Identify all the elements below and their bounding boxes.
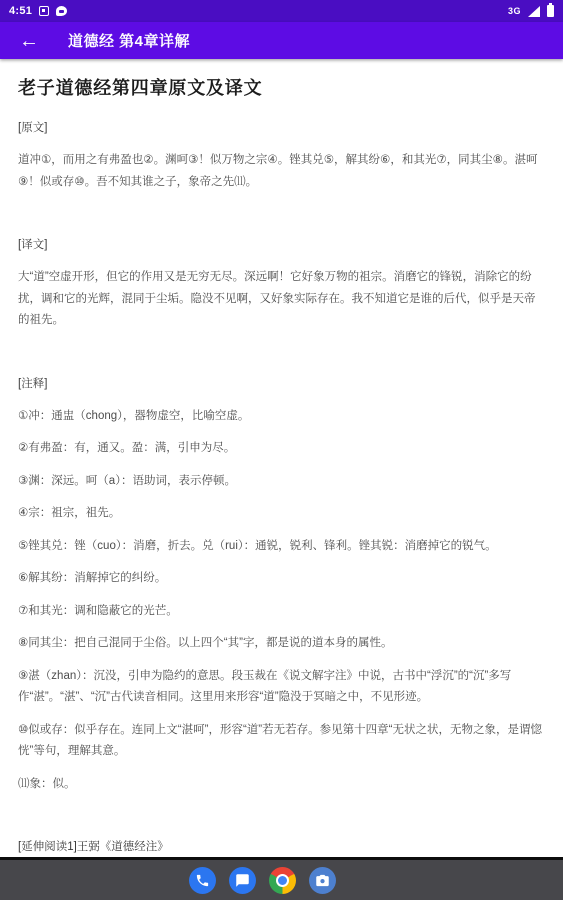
camera-icon[interactable] xyxy=(309,867,336,894)
app-bar-title: 道德经 第4章详解 xyxy=(68,30,190,51)
section-label-annotations: [注释] xyxy=(18,377,545,392)
status-bar-right: 3G xyxy=(508,5,554,17)
status-bar: 4:51 3G xyxy=(0,0,563,22)
chat-notification-icon xyxy=(56,6,67,16)
annotation-item-2: ②有弗盈：有，通又。盈：满，引申为尽。 xyxy=(18,438,545,460)
chrome-icon[interactable] xyxy=(269,867,296,894)
annotation-item-11: ⑾象：似。 xyxy=(18,774,545,796)
phone-icon[interactable] xyxy=(189,867,216,894)
battery-icon xyxy=(547,5,554,17)
messages-icon[interactable] xyxy=(229,867,256,894)
translation-paragraph: 大“道”空虚开形，但它的作用又是无穷无尽。深远啊！它好象万物的祖宗。消磨它的锋锐… xyxy=(18,267,545,332)
annotation-item-3: ③渊：深远。呵（a）：语助词，表示停顿。 xyxy=(18,471,545,493)
page-title: 老子道德经第四章原文及译文 xyxy=(18,76,545,100)
annotation-item-1: ①冲：通盅（chong），器物虚空，比喻空虚。 xyxy=(18,406,545,428)
dock xyxy=(0,857,563,900)
phone-glyph xyxy=(195,873,210,888)
camera-glyph xyxy=(315,873,330,888)
annotation-item-4: ④宗：祖宗，祖先。 xyxy=(18,503,545,525)
section-label-extended-reading: [延伸阅读1]王弼《道德经注》 xyxy=(18,840,545,855)
annotation-item-6: ⑥解其纷：消解掉它的纠纷。 xyxy=(18,568,545,590)
annotation-item-5: ⑤锉其兑：锉（cuo）：消磨，折去。兑（rui）：通锐，锐利、锋利。锉其锐：消磨… xyxy=(18,536,545,558)
section-label-original: [原文] xyxy=(18,121,545,136)
document-scroll-area[interactable]: 老子道德经第四章原文及译文 [原文] 道冲①，而用之有弗盈也②。渊呵③！似万物之… xyxy=(0,59,563,857)
messages-glyph xyxy=(235,873,250,888)
annotation-item-9: ⑨湛（zhan）：沉没，引申为隐约的意思。段玉裁在《说文解字注》中说，古书中“浮… xyxy=(18,666,545,709)
annotation-item-8: ⑧同其尘：把自己混同于尘俗。以上四个“其”字，都是说的道本身的属性。 xyxy=(18,633,545,655)
annotation-item-10: ⑩似或存：似乎存在。连同上文“湛呵”，形容“道”若无若存。参见第十四章“无状之状… xyxy=(18,720,545,763)
original-text-paragraph: 道冲①，而用之有弗盈也②。渊呵③！似万物之宗④。锉其兑⑤，解其纷⑥，和其光⑦，同… xyxy=(18,150,545,193)
status-bar-left: 4:51 xyxy=(9,5,67,17)
network-type-label: 3G xyxy=(508,6,521,16)
app-bar: ← 道德经 第4章详解 xyxy=(0,22,563,59)
app-notification-icon xyxy=(39,6,49,16)
signal-icon xyxy=(528,6,540,17)
section-label-translation: [译文] xyxy=(18,238,545,253)
clock: 4:51 xyxy=(9,5,32,17)
back-arrow-icon[interactable]: ← xyxy=(19,31,39,51)
android-screen: 4:51 3G ← 道德经 第4章详解 老子道德经第四章原文及译文 [原文] 道… xyxy=(0,0,563,900)
annotation-item-7: ⑦和其光：调和隐蔽它的光芒。 xyxy=(18,601,545,623)
